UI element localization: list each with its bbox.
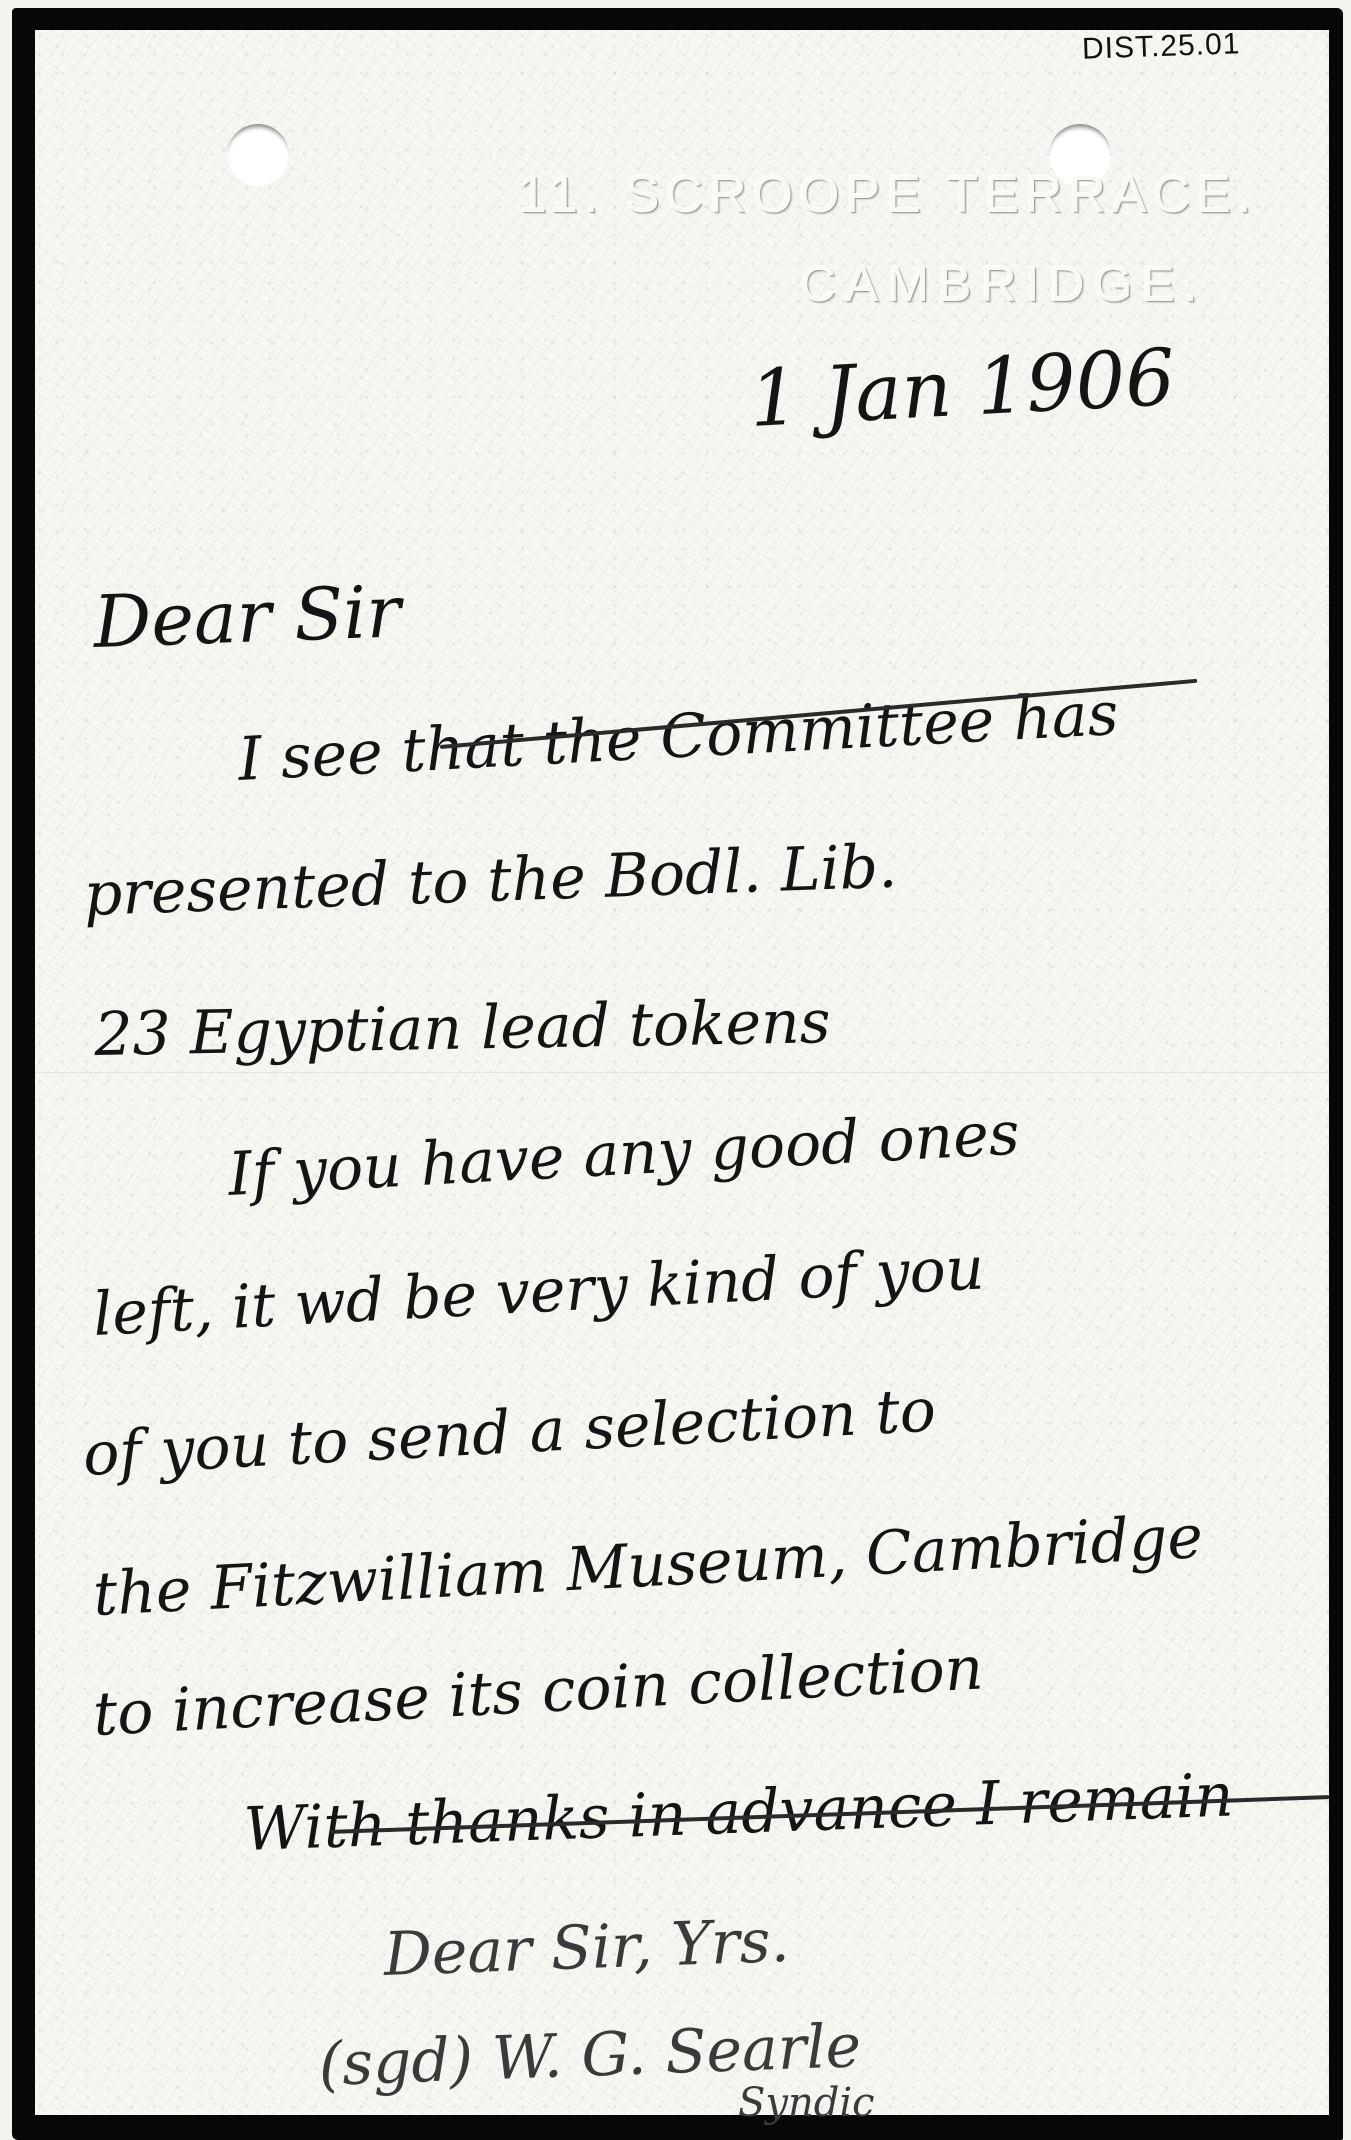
punch-hole-left [227, 124, 289, 186]
salutation: Dear Sir [92, 569, 402, 664]
catalog-number: DIST.25.01 [1081, 27, 1241, 67]
fold-crease [35, 1072, 1329, 1074]
signature-title: Syndic [738, 2080, 875, 2126]
letterhead-address: 11. SCROOPE TERRACE. [518, 165, 1257, 225]
letterhead-city: CAMBRIDGE. [800, 255, 1207, 313]
body-line-3: 23 Egyptian lead tokens [94, 987, 831, 1070]
closing: Dear Sir, Yrs. [383, 1906, 791, 1990]
